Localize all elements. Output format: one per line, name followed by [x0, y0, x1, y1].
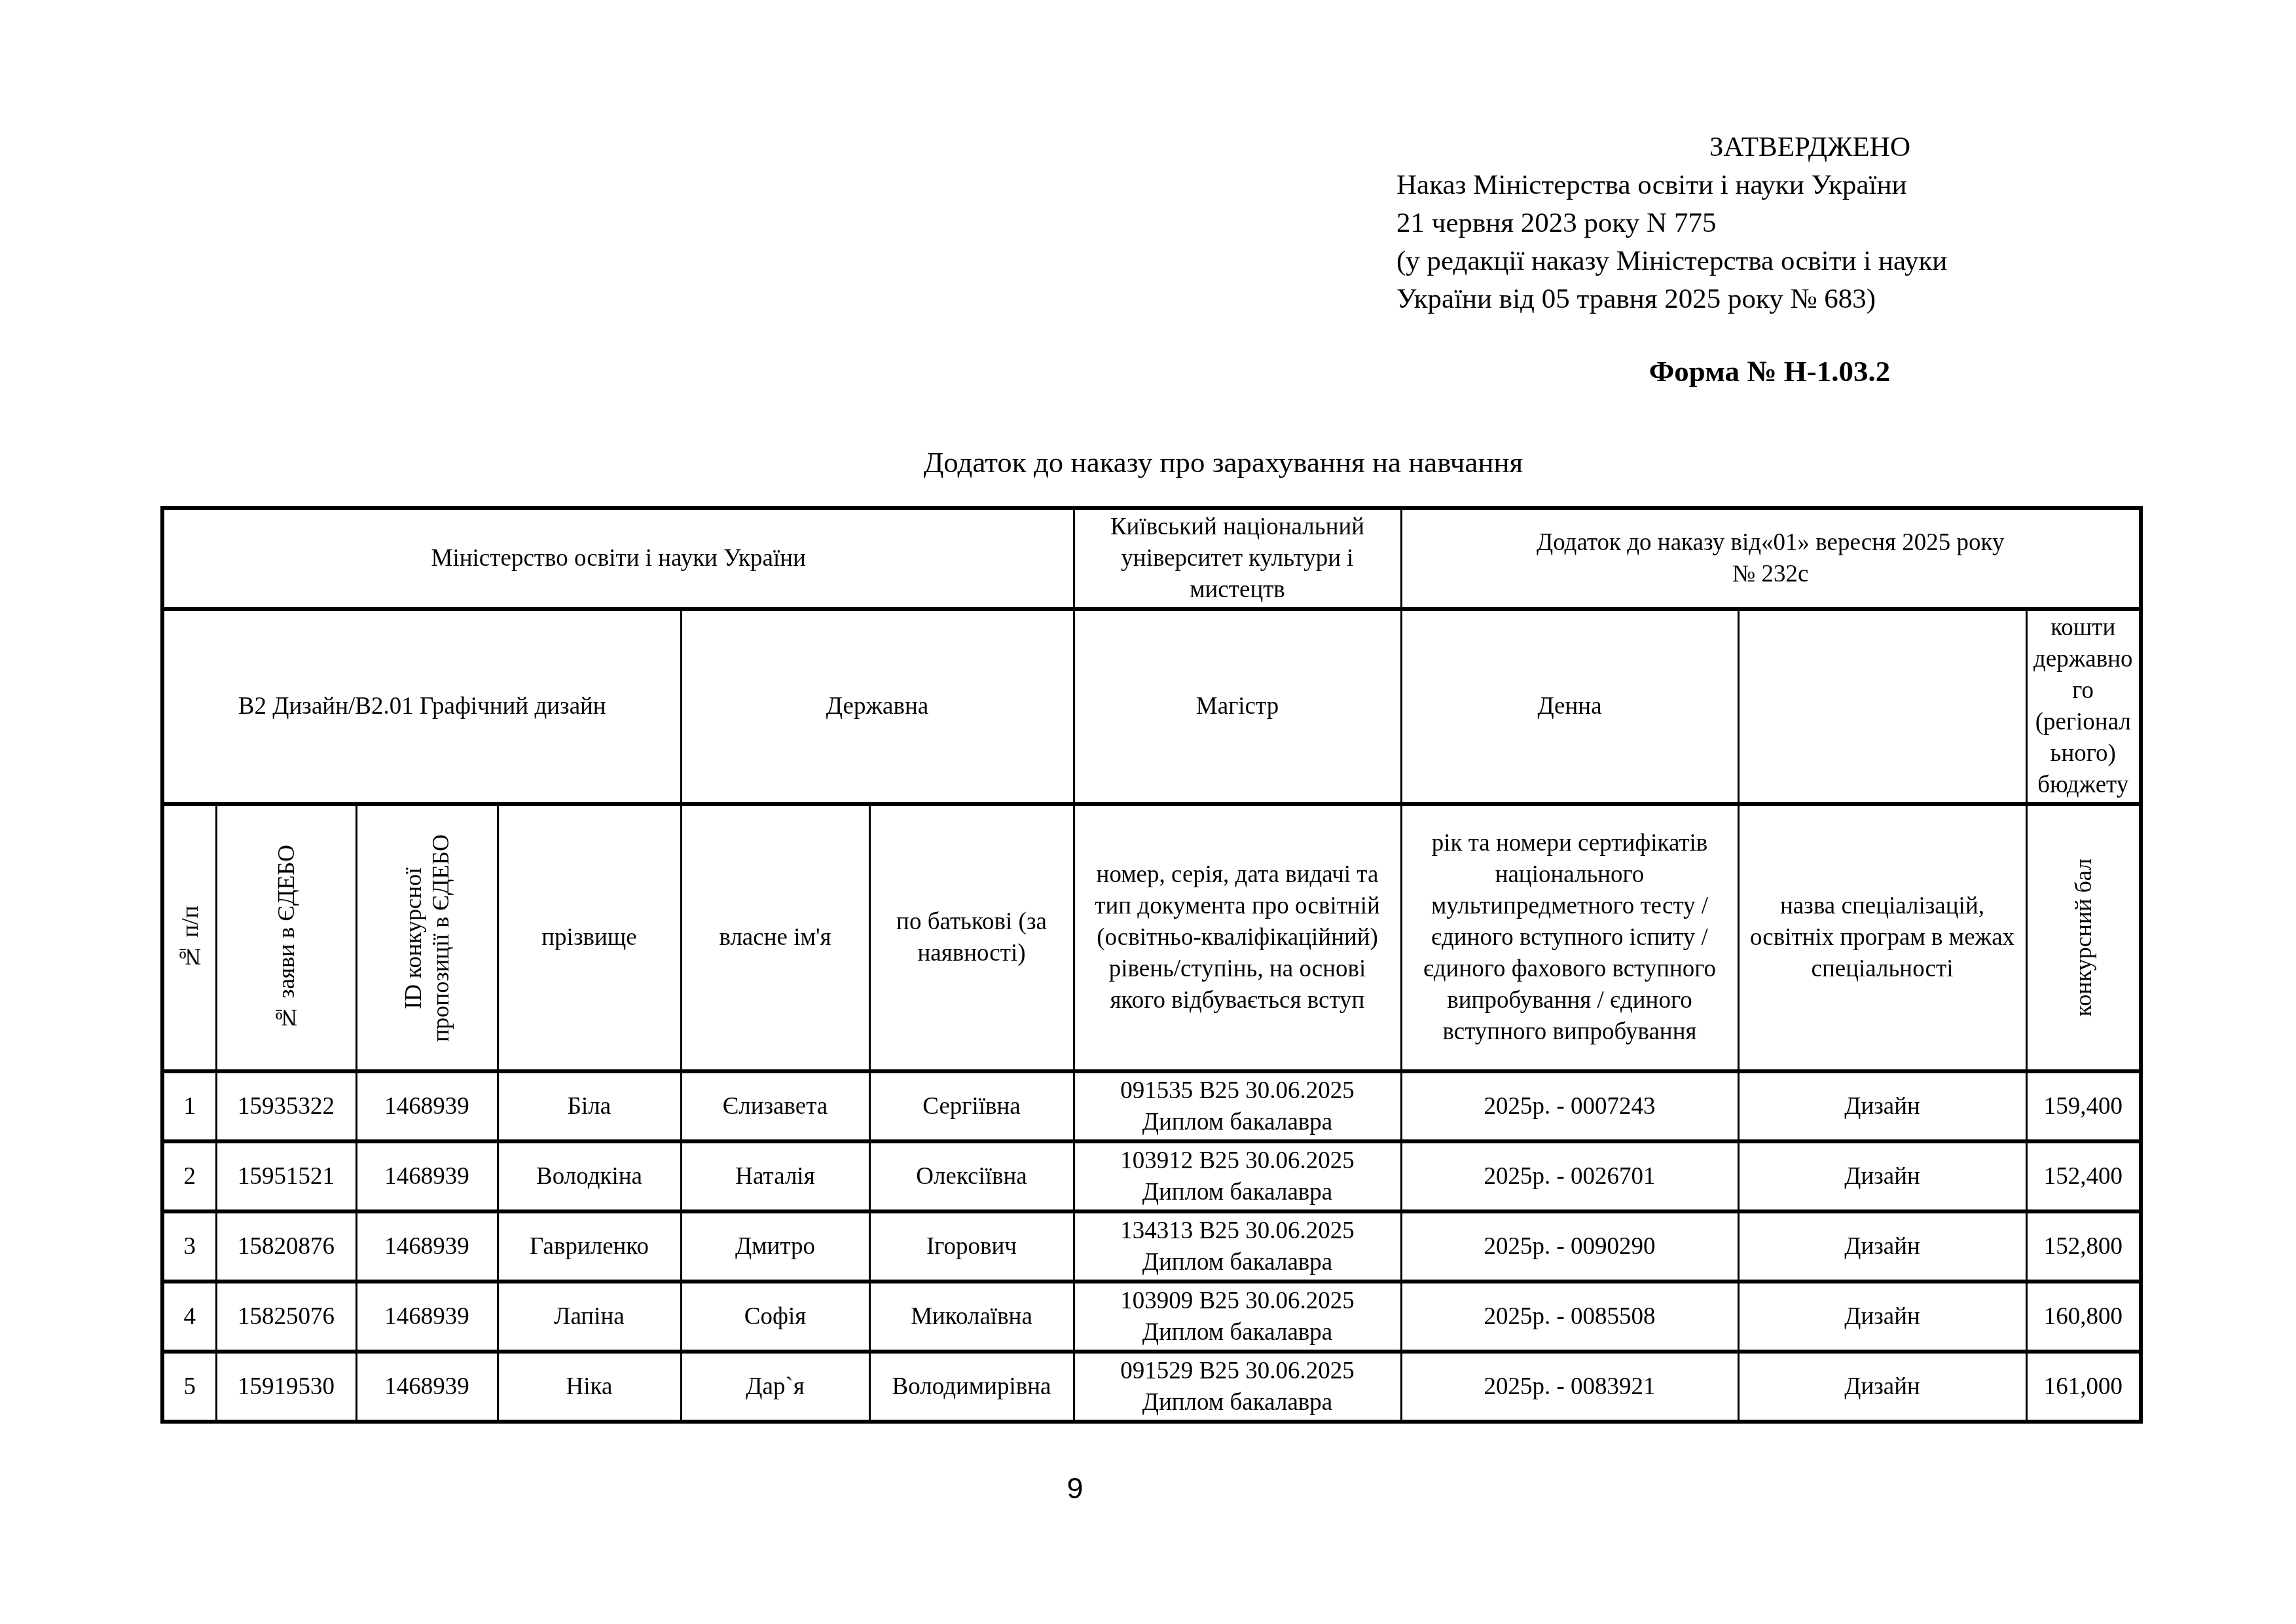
approval-block: ЗАТВЕРДЖЕНО Наказ Міністерства освіти і …	[1396, 128, 2143, 390]
empty-cell	[1738, 609, 2026, 804]
cell-certificate: 2025р. - 0026701	[1401, 1141, 1738, 1211]
cell-certificate: 2025р. - 0085508	[1401, 1282, 1738, 1352]
cell-num: 3	[162, 1211, 216, 1282]
order-line-2: 21 червня 2023 року N 775	[1396, 204, 2143, 242]
cell-first-name: Дар`я	[681, 1352, 869, 1422]
enrollment-table: Міністерство освіти і науки України Київ…	[160, 506, 2143, 1424]
cell-patronymic: Миколаївна	[869, 1282, 1074, 1352]
study-form-cell: Денна	[1401, 609, 1738, 804]
cell-patronymic: Ігорович	[869, 1211, 1074, 1282]
cell-first-name: Єлизавета	[681, 1071, 869, 1141]
col-header-application: № заяви в ЄДЕБО	[216, 804, 356, 1071]
cell-proposal: 1468939	[356, 1141, 498, 1211]
cell-application: 15919530	[216, 1352, 356, 1422]
col-header-score-label: конкурсний бал	[2069, 858, 2097, 1016]
cell-application: 15935322	[216, 1071, 356, 1141]
document-line-1: 091535 В25 30.06.2025	[1080, 1075, 1395, 1107]
cell-specialization: Дизайн	[1738, 1211, 2026, 1282]
document-line-2: Диплом бакалавра	[1080, 1387, 1395, 1418]
cell-score: 161,000	[2026, 1352, 2141, 1422]
table-header-row: № п/п № заяви в ЄДЕБО ID конкурсної проп…	[162, 804, 2141, 1071]
cell-surname: Біла	[498, 1071, 681, 1141]
cell-certificate: 2025р. - 0090290	[1401, 1211, 1738, 1282]
cell-first-name: Софія	[681, 1282, 869, 1352]
cell-first-name: Дмитро	[681, 1211, 869, 1282]
cell-proposal: 1468939	[356, 1352, 498, 1422]
cell-application: 15951521	[216, 1141, 356, 1211]
table-row: 5 15919530 1468939 Ніка Дар`я Володимирі…	[162, 1352, 2141, 1422]
funding-cell: кошти державного (регіонального) бюджету	[2026, 609, 2141, 804]
form-number: Форма № Н-1.03.2	[1396, 352, 2143, 390]
specialty-cell: В2 Дизайн/В2.01 Графічний дизайн	[162, 609, 681, 804]
cell-document: 134313 В25 30.06.2025 Диплом бакалавра	[1074, 1211, 1401, 1282]
cell-document: 103912 В25 30.06.2025 Диплом бакалавра	[1074, 1141, 1401, 1211]
cell-patronymic: Сергіївна	[869, 1071, 1074, 1141]
document-line-2: Диплом бакалавра	[1080, 1247, 1395, 1278]
appendix-cell: Додаток до наказу від«01» вересня 2025 р…	[1401, 508, 2141, 609]
page-title: Додаток до наказу про зарахування на нав…	[0, 445, 2296, 479]
cell-specialization: Дизайн	[1738, 1141, 2026, 1211]
cell-score: 152,800	[2026, 1211, 2141, 1282]
col-header-num-label: № п/п	[176, 906, 204, 970]
col-header-surname: прізвище	[498, 804, 681, 1071]
appendix-line-2: № 232с	[1408, 559, 2134, 590]
cell-application: 15825076	[216, 1282, 356, 1352]
cell-surname: Ніка	[498, 1352, 681, 1422]
cell-document: 091529 В25 30.06.2025 Диплом бакалавра	[1074, 1352, 1401, 1422]
col-header-patronymic: по батькові (за наявності)	[869, 804, 1074, 1071]
cell-specialization: Дизайн	[1738, 1071, 2026, 1141]
cell-proposal: 1468939	[356, 1211, 498, 1282]
col-header-specialization: назва спеціалізацій, освітніх програм в …	[1738, 804, 2026, 1071]
appendix-line-1: Додаток до наказу від«01» вересня 2025 р…	[1408, 527, 2134, 559]
col-header-certificates: рік та номери сертифікатів національного…	[1401, 804, 1738, 1071]
page-number: 9	[1055, 1471, 1095, 1505]
col-header-document: номер, серія, дата видачі та тип докумен…	[1074, 804, 1401, 1071]
cell-num: 1	[162, 1071, 216, 1141]
document-line-1: 103909 В25 30.06.2025	[1080, 1285, 1395, 1317]
cell-surname: Лапіна	[498, 1282, 681, 1352]
cell-surname: Гавриленко	[498, 1211, 681, 1282]
ownership-cell: Державна	[681, 609, 1074, 804]
col-header-score: конкурсний бал	[2026, 804, 2141, 1071]
university-cell: Київський національний університет культ…	[1074, 508, 1401, 609]
cell-certificate: 2025р. - 0083921	[1401, 1352, 1738, 1422]
cell-proposal: 1468939	[356, 1071, 498, 1141]
cell-num: 5	[162, 1352, 216, 1422]
cell-specialization: Дизайн	[1738, 1282, 2026, 1352]
table-row-ministry: Міністерство освіти і науки України Київ…	[162, 508, 2141, 609]
table-row: 3 15820876 1468939 Гавриленко Дмитро Іго…	[162, 1211, 2141, 1282]
order-line-4: України від 05 травня 2025 року № 683)	[1396, 280, 2143, 318]
cell-surname: Володкіна	[498, 1141, 681, 1211]
cell-patronymic: Олексіївна	[869, 1141, 1074, 1211]
col-header-application-label: № заяви в ЄДЕБО	[272, 845, 300, 1031]
cell-proposal: 1468939	[356, 1282, 498, 1352]
document-line-1: 134313 В25 30.06.2025	[1080, 1215, 1395, 1247]
cell-score: 160,800	[2026, 1282, 2141, 1352]
col-header-first-name: власне ім'я	[681, 804, 869, 1071]
ministry-cell: Міністерство освіти і науки України	[162, 508, 1074, 609]
document-line-2: Диплом бакалавра	[1080, 1107, 1395, 1138]
order-line-1: Наказ Міністерства освіти і науки Україн…	[1396, 166, 2143, 204]
document-line-1: 103912 В25 30.06.2025	[1080, 1145, 1395, 1177]
document-page: ЗАТВЕРДЖЕНО Наказ Міністерства освіти і …	[0, 0, 2296, 1624]
order-line-3: (у редакції наказу Міністерства освіти і…	[1396, 242, 2143, 280]
document-line-2: Диплом бакалавра	[1080, 1177, 1395, 1208]
col-header-proposal: ID конкурсної пропозиції в ЄДЕБО	[356, 804, 498, 1071]
table-row: 4 15825076 1468939 Лапіна Софія Миколаїв…	[162, 1282, 2141, 1352]
table-row-program: В2 Дизайн/В2.01 Графічний дизайн Державн…	[162, 609, 2141, 804]
cell-application: 15820876	[216, 1211, 356, 1282]
table-row: 1 15935322 1468939 Біла Єлизавета Сергії…	[162, 1071, 2141, 1141]
col-header-num: № п/п	[162, 804, 216, 1071]
cell-num: 4	[162, 1282, 216, 1352]
degree-cell: Магістр	[1074, 609, 1401, 804]
document-line-2: Диплом бакалавра	[1080, 1317, 1395, 1348]
cell-num: 2	[162, 1141, 216, 1211]
cell-document: 103909 В25 30.06.2025 Диплом бакалавра	[1074, 1282, 1401, 1352]
cell-score: 159,400	[2026, 1071, 2141, 1141]
cell-document: 091535 В25 30.06.2025 Диплом бакалавра	[1074, 1071, 1401, 1141]
cell-first-name: Наталія	[681, 1141, 869, 1211]
cell-patronymic: Володимирівна	[869, 1352, 1074, 1422]
col-header-proposal-label: ID конкурсної пропозиції в ЄДЕБО	[399, 815, 454, 1061]
cell-certificate: 2025р. - 0007243	[1401, 1071, 1738, 1141]
approved-heading: ЗАТВЕРДЖЕНО	[1396, 128, 2143, 166]
cell-specialization: Дизайн	[1738, 1352, 2026, 1422]
table-row: 2 15951521 1468939 Володкіна Наталія Оле…	[162, 1141, 2141, 1211]
cell-score: 152,400	[2026, 1141, 2141, 1211]
document-line-1: 091529 В25 30.06.2025	[1080, 1356, 1395, 1387]
